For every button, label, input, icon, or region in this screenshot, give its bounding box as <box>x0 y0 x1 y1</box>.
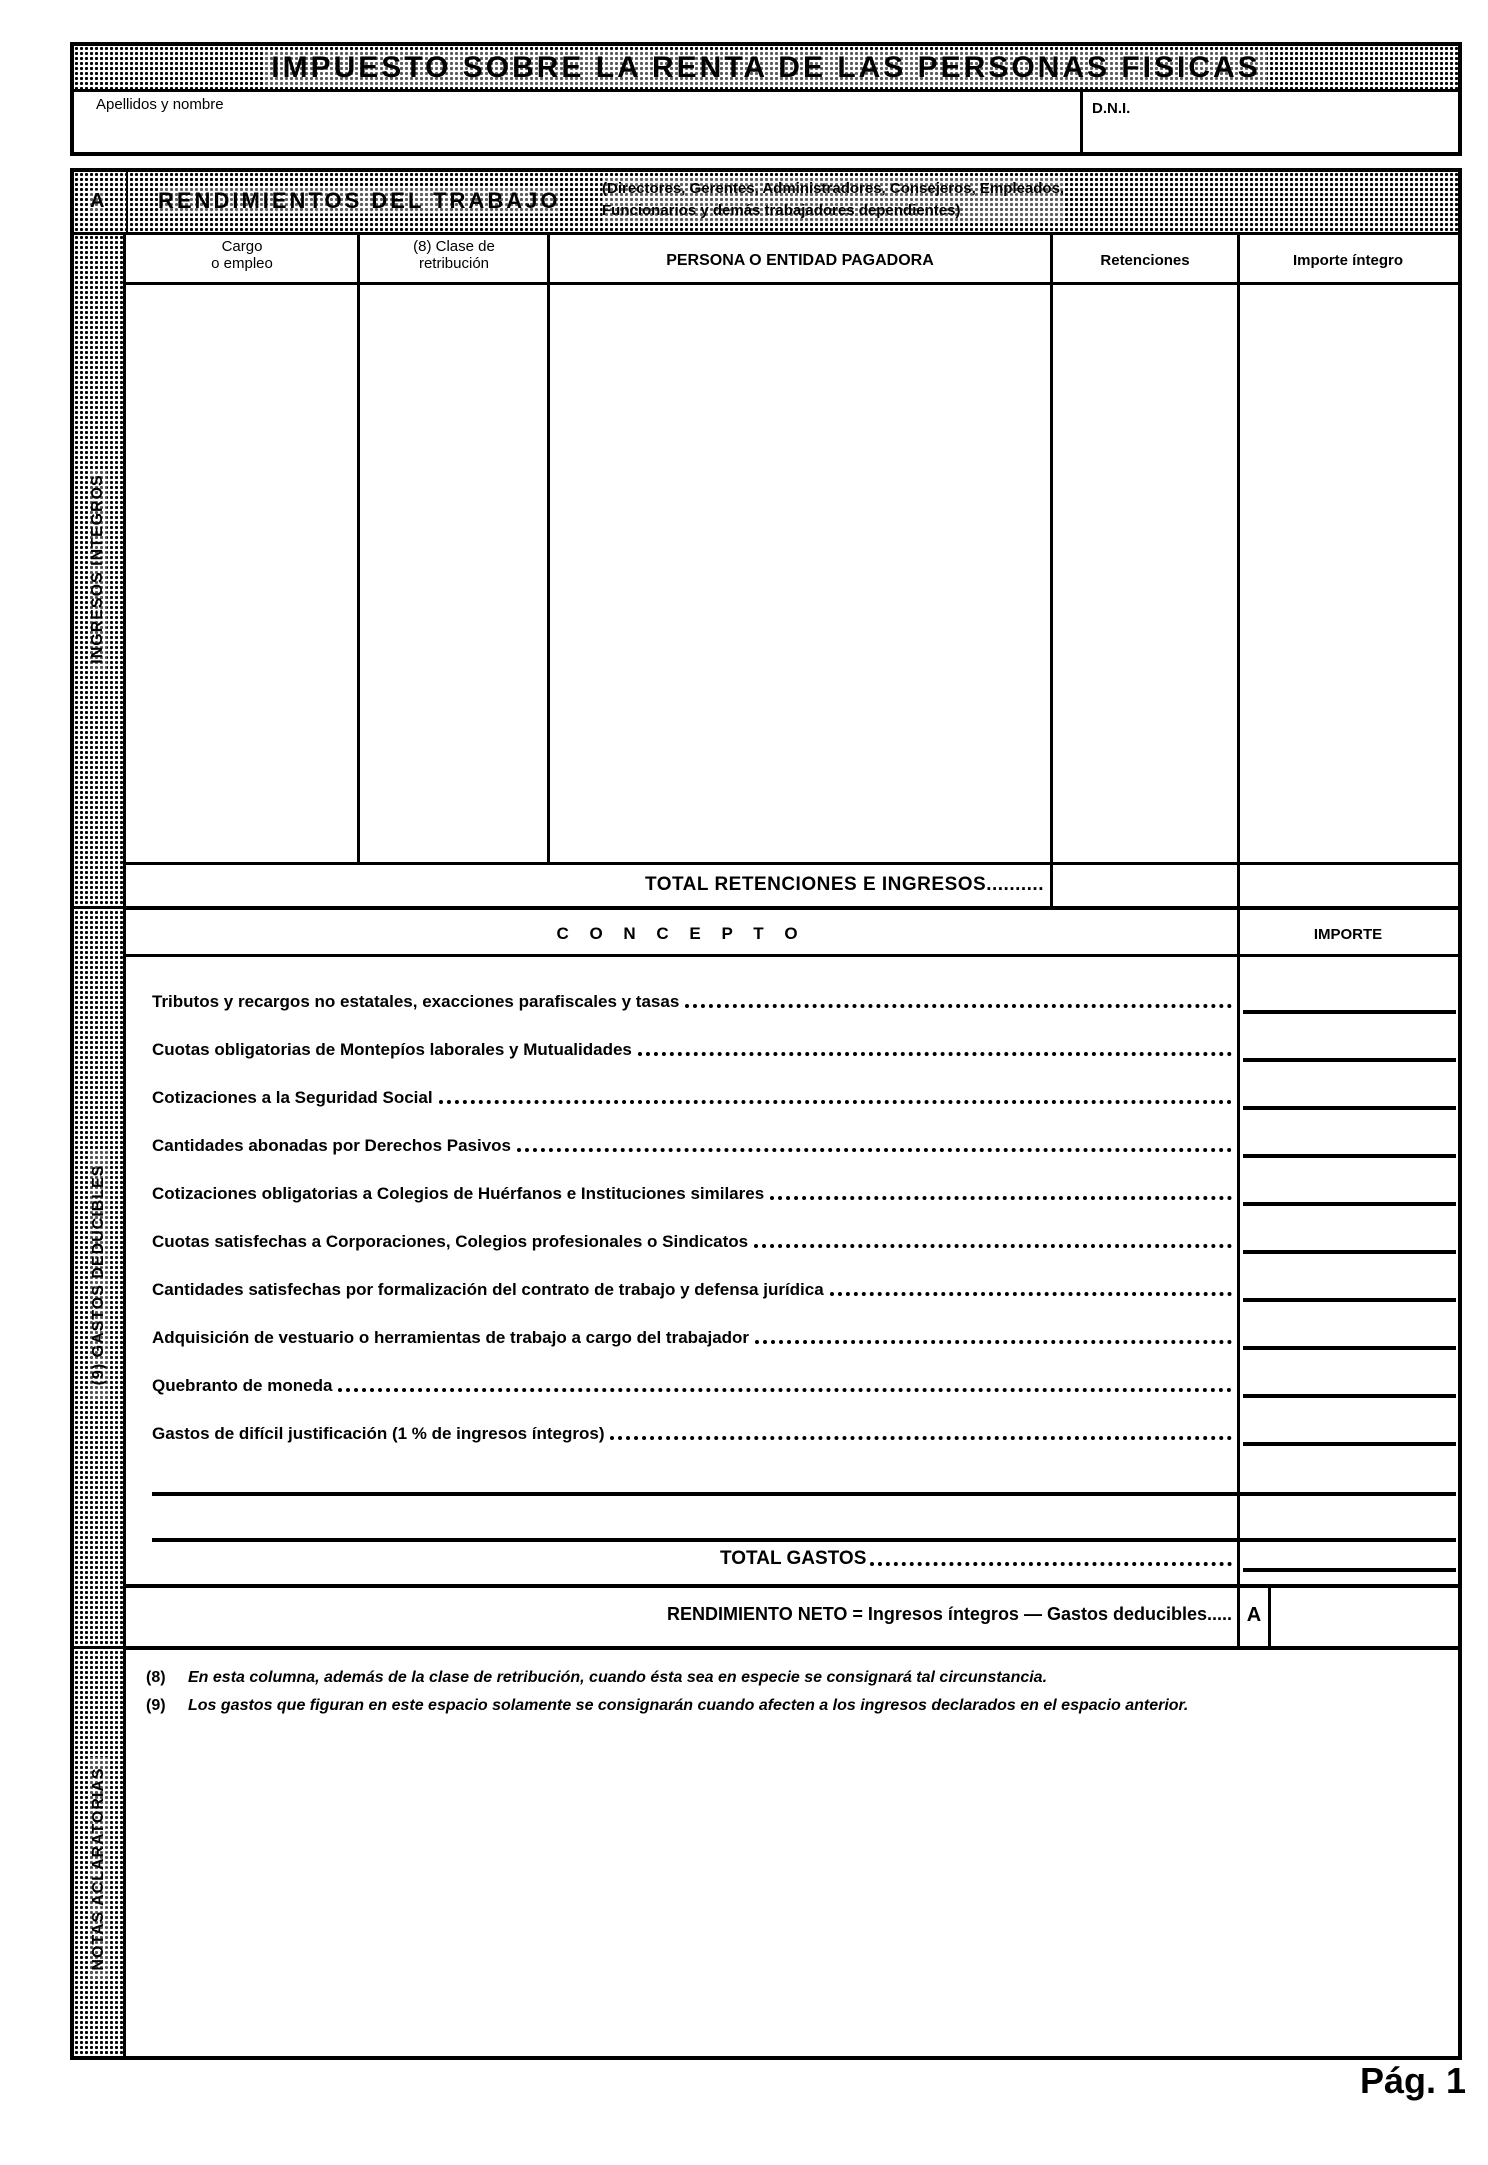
expense-item-label: Gastos de difícil justificación (1 % de … <box>152 1424 610 1444</box>
dot-leader <box>610 1436 1232 1440</box>
expense-item-label: Tributos y recargos no estatales, exacci… <box>152 992 685 1012</box>
expense-item-label: Cantidades satisfechas por formalización… <box>152 1280 830 1300</box>
total-expenses-row: TOTAL GASTOS <box>720 1540 1232 1570</box>
col-header-cargo-line2: o empleo <box>126 255 358 272</box>
dot-leader <box>770 1196 1232 1200</box>
net-income-label: RENDIMIENTO NETO = Ingresos íntegros — G… <box>126 1604 1232 1625</box>
col-header-clase-line2: retribución <box>360 255 548 272</box>
expense-item-field[interactable] <box>1240 1400 1456 1444</box>
form-title: IMPUESTO SOBRE LA RENTA DE LAS PERSONAS … <box>265 51 1266 85</box>
dot-leader <box>517 1148 1232 1152</box>
divider <box>74 1646 126 1649</box>
note-text: En esta columna, además de la clase de r… <box>188 1664 1047 1692</box>
expense-item-label: Cuotas satisfechas a Corporaciones, Cole… <box>152 1232 754 1252</box>
divider <box>1243 1250 1456 1254</box>
expense-item: Gastos de difícil justificación (1 % de … <box>152 1414 1232 1444</box>
divider <box>1243 1202 1456 1206</box>
divider <box>1243 1568 1456 1572</box>
section-a-subtitle-line2: Funcionarios y demás trabajadores depend… <box>602 200 1064 222</box>
cell-clase[interactable] <box>360 286 547 861</box>
divider <box>1268 1588 1271 1648</box>
header-title-band: IMPUESTO SOBRE LA RENTA DE LAS PERSONAS … <box>74 46 1458 90</box>
side-label-income: INGRESOS INTEGROS <box>89 469 107 669</box>
expense-item-label: Quebranto de moneda <box>152 1376 338 1396</box>
dot-leader <box>830 1292 1232 1296</box>
note-text: Los gastos que figuran en este espacio s… <box>188 1692 1188 1720</box>
dot-leader <box>754 1244 1232 1248</box>
expense-item-field[interactable] <box>1240 1112 1456 1156</box>
divider <box>152 1492 1456 1496</box>
col-header-retenciones: Retenciones <box>1052 252 1238 269</box>
expense-item: Cantidades abonadas por Derechos Pasivos <box>152 1126 1232 1156</box>
expense-item-label: Cuotas obligatorias de Montepíos laboral… <box>152 1040 638 1060</box>
expense-item-label: Cantidades abonadas por Derechos Pasivos <box>152 1136 517 1156</box>
expense-item-field[interactable] <box>1240 968 1456 1012</box>
importe-header: IMPORTE <box>1240 926 1456 943</box>
dni-field[interactable] <box>1092 118 1452 150</box>
divider <box>1243 1010 1456 1014</box>
divider <box>1243 1058 1456 1062</box>
dot-leader <box>439 1100 1232 1104</box>
divider <box>74 906 126 909</box>
divider <box>126 1646 1458 1650</box>
blank-expense-field[interactable] <box>152 1456 1232 1492</box>
note-8: (8) En esta columna, además de la clase … <box>146 1664 1436 1692</box>
expense-item: Cotizaciones a la Seguridad Social <box>152 1078 1232 1108</box>
total-expenses-field[interactable] <box>1240 1528 1456 1568</box>
divider <box>1243 1298 1456 1302</box>
divider <box>1243 1346 1456 1350</box>
side-label-expenses: (9) GASTOS DEDUCIBLES <box>90 1151 108 1399</box>
divider <box>1243 1154 1456 1158</box>
section-a-letter: A <box>90 190 104 213</box>
section-a-subtitle-line1: (Directores, Gerentes, Administradores, … <box>602 178 1064 200</box>
col-header-clase: (8) Clase de retribución <box>360 238 548 282</box>
net-income-field[interactable] <box>1272 1590 1456 1646</box>
expense-item: Quebranto de moneda <box>152 1366 1232 1396</box>
expense-item-field[interactable] <box>1240 1016 1456 1060</box>
total-importe-field[interactable] <box>1240 866 1456 906</box>
col-header-clase-line1: (8) Clase de <box>360 238 548 255</box>
total-expenses-label: TOTAL GASTOS <box>720 1548 870 1570</box>
divider <box>74 89 1458 92</box>
note-ref: (9) <box>146 1692 188 1720</box>
divider <box>126 954 1458 957</box>
expense-item-field[interactable] <box>1240 1064 1456 1108</box>
expense-item-field[interactable] <box>1240 1304 1456 1348</box>
divider <box>1243 1106 1456 1110</box>
expense-item-field[interactable] <box>1240 1208 1456 1252</box>
expense-item: Cuotas obligatorias de Montepíos laboral… <box>152 1030 1232 1060</box>
net-box-letter: A <box>1240 1604 1268 1627</box>
divider <box>1080 92 1083 154</box>
page-number: Pág. 1 <box>1360 2060 1466 2102</box>
expense-item-field[interactable] <box>1240 1160 1456 1204</box>
expense-item-label: Adquisición de vestuario o herramientas … <box>152 1328 755 1348</box>
dot-leader <box>638 1052 1232 1056</box>
divider <box>126 282 1458 285</box>
section-a-subtitle: (Directores, Gerentes, Administradores, … <box>602 178 1064 222</box>
expense-item-field[interactable] <box>1240 1352 1456 1396</box>
cell-importe[interactable] <box>1240 286 1456 861</box>
expense-item: Cotizaciones obligatorias a Colegios de … <box>152 1174 1232 1204</box>
expense-item-label: Cotizaciones a la Seguridad Social <box>152 1088 439 1108</box>
cell-retenciones[interactable] <box>1053 286 1237 861</box>
section-a-title: RENDIMIENTOS DEL TRABAJO <box>158 188 560 214</box>
divider <box>126 172 128 232</box>
notes-area: (8) En esta columna, además de la clase … <box>146 1664 1436 1720</box>
name-label: Apellidos y nombre <box>96 96 224 113</box>
cell-cargo[interactable] <box>126 286 357 861</box>
dot-leader <box>685 1004 1232 1008</box>
note-9: (9) Los gastos que figuran en este espac… <box>146 1692 1436 1720</box>
col-header-pagadora: PERSONA O ENTIDAD PAGADORA <box>550 252 1050 269</box>
divider <box>152 1538 1456 1542</box>
divider <box>1243 1394 1456 1398</box>
dot-leader <box>338 1388 1232 1392</box>
expense-item: Cuotas satisfechas a Corporaciones, Cole… <box>152 1222 1232 1252</box>
divider <box>126 1584 1458 1588</box>
expense-item-label: Cotizaciones obligatorias a Colegios de … <box>152 1184 770 1204</box>
total-income-label: TOTAL RETENCIONES E INGRESOS.......... <box>126 874 1044 896</box>
total-retenciones-field[interactable] <box>1053 866 1237 906</box>
cell-pagadora[interactable] <box>550 286 1050 861</box>
col-header-importe: Importe íntegro <box>1240 252 1456 269</box>
note-ref: (8) <box>146 1664 188 1692</box>
concept-header: C O N C E P T O <box>126 924 1236 944</box>
name-field[interactable] <box>96 116 1066 150</box>
divider <box>126 862 1458 865</box>
dot-leader <box>870 1562 1232 1566</box>
expense-item: Adquisición de vestuario o herramientas … <box>152 1318 1232 1348</box>
divider <box>74 232 1458 235</box>
side-label-notes: NOTAS ACLARATORIAS <box>90 1757 108 1981</box>
divider <box>126 906 1458 910</box>
dot-leader <box>755 1340 1232 1344</box>
dni-label: D.N.I. <box>1092 100 1130 117</box>
expense-item: Tributos y recargos no estatales, exacci… <box>152 982 1232 1012</box>
blank-expense-field[interactable] <box>152 1502 1232 1538</box>
col-header-cargo-line1: Cargo <box>126 238 358 255</box>
expense-item: Cantidades satisfechas por formalización… <box>152 1270 1232 1300</box>
expense-item-field[interactable] <box>1240 1256 1456 1300</box>
divider <box>1243 1442 1456 1446</box>
col-header-cargo: Cargo o empleo <box>126 238 358 282</box>
